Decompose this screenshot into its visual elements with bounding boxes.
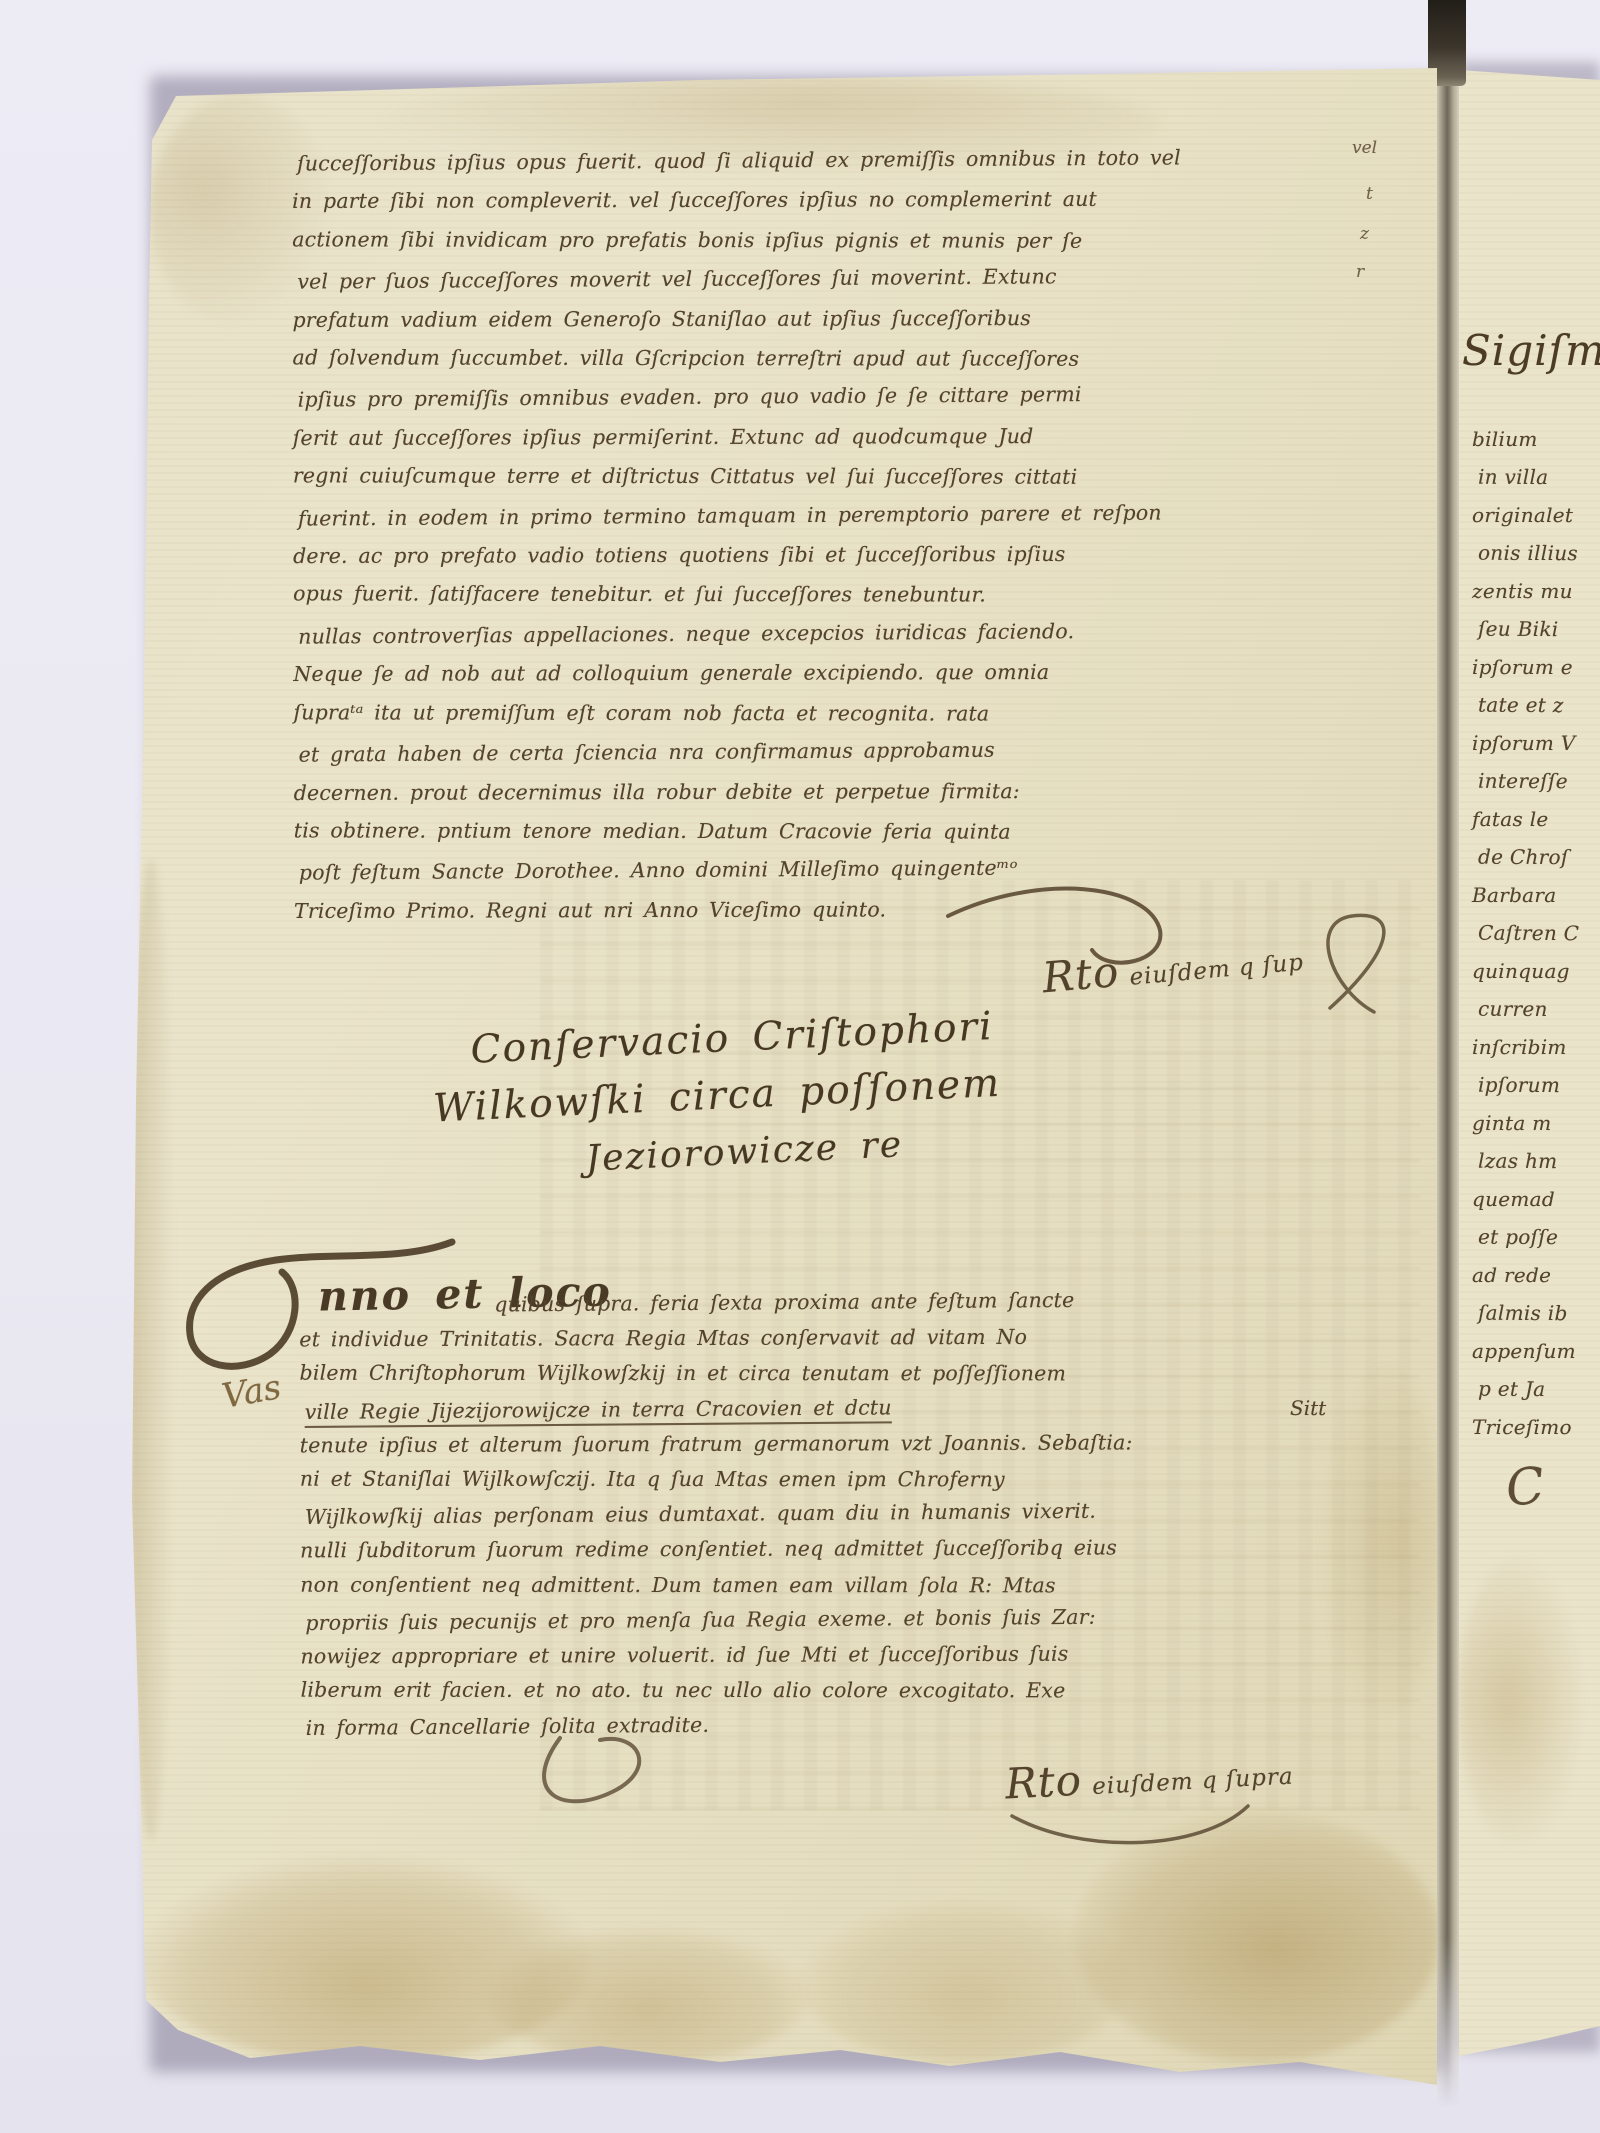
water-stain bbox=[1322, 1360, 1442, 1720]
manuscript-line: Neque ſe ad nob aut ad colloquium genera… bbox=[293, 653, 1038, 694]
entry-heading: Conſervacio CriſtophoriWilkowſki circa p… bbox=[451, 994, 1098, 1194]
manuscript-line: decernen. prout decernimus illa robur de… bbox=[294, 772, 1039, 813]
edge-text-fragment: t bbox=[1366, 184, 1373, 204]
facing-text-fragment: onis illius bbox=[1478, 534, 1598, 573]
manuscript-line: regni cuiuſcumque terre et diſtrictus Ci… bbox=[293, 457, 1038, 498]
manuscript-line: opus fuerit. ſatiſfacere tenebitur. et ſ… bbox=[293, 575, 1038, 616]
facing-text-fragment: ſalmis ib bbox=[1478, 1294, 1598, 1333]
manuscript-line: in parte ſibi non compleverit. vel ſucce… bbox=[292, 180, 1037, 221]
manuscript-line: dere. ac pro prefato vadio totiens quoti… bbox=[293, 535, 1038, 576]
manuscript-line: ſucceſſoribus ipſius opus fuerit. quod ſ… bbox=[297, 139, 1037, 184]
manuscript-line: nowijez appropriare et unire voluerit. i… bbox=[300, 1637, 1060, 1675]
facing-text-fragment: de Chroſ bbox=[1478, 838, 1598, 877]
flourish-letter: C bbox=[1503, 1456, 1547, 1518]
manuscript-line: ſerit aut ſucceſſores ipſius permiſerint… bbox=[293, 417, 1038, 458]
manuscript-line: vel per ſuos ſucceſſores moverit vel ſuc… bbox=[297, 258, 1037, 303]
facing-text-fragment: ipſorum bbox=[1478, 1066, 1598, 1105]
facing-text-fragment: et poſſe bbox=[1478, 1218, 1598, 1257]
relatio-note-2: Rtoeiuſdem q ſupra bbox=[1004, 1744, 1295, 1808]
water-stain bbox=[140, 1858, 590, 2063]
manuscript-line: poſt feſtum Sancte Dorothee. Anno domini… bbox=[299, 849, 1039, 894]
facing-text-fragment: ipſorum e bbox=[1472, 648, 1598, 686]
facing-text-fragment: bilium bbox=[1472, 420, 1598, 458]
manuscript-line: in forma Cancellarie ſolita extradite. bbox=[306, 1705, 1061, 1746]
facing-text-fragment: fatas le bbox=[1472, 800, 1598, 838]
facing-text-fragment: zentis mu bbox=[1472, 572, 1598, 610]
water-stain bbox=[800, 1902, 1130, 2062]
manuscript-line: ad ſolvendum ſuccumbet. villa Gſcripcion… bbox=[293, 338, 1038, 379]
manuscript-line: bilem Chriſtophorum Wijlkowſzkij in et c… bbox=[299, 1356, 1059, 1392]
margin-word: Sitt bbox=[1290, 1396, 1326, 1420]
manuscript-line: propriis ſuis pecunijs et pro menſa ſua … bbox=[305, 1600, 1060, 1641]
manuscript-line: quibus ſupra. feria ſexta proxima ante f… bbox=[304, 1283, 1059, 1324]
facing-text-fragment: ſeu Biki bbox=[1478, 610, 1598, 649]
edge-text-fragment: vel bbox=[1352, 138, 1377, 158]
facing-text-fragment: tate et z bbox=[1478, 686, 1598, 725]
relatio-abbreviation: Rto bbox=[1004, 1756, 1083, 1809]
facing-page-fragments: biliumin villaoriginaletonis illiuszenti… bbox=[1472, 420, 1598, 1446]
manuscript-line: ipſius pro premiſſis omnibus evaden. pro… bbox=[298, 376, 1038, 421]
facing-text-fragment: inſcribim bbox=[1472, 1028, 1598, 1066]
body-paragraph-1: ſucceſſoribus ipſius opus fuerit. quod ſ… bbox=[292, 141, 1039, 931]
facing-text-fragment: p et Ja bbox=[1478, 1370, 1598, 1409]
main-page: ſucceſſoribus ipſius opus fuerit. quod ſ… bbox=[0, 0, 1600, 2133]
manuscript-line: Wijlkowſkij alias perſonam eius dumtaxat… bbox=[305, 1494, 1060, 1535]
edge-text-fragment: z bbox=[1360, 224, 1369, 244]
facing-text-fragment: lzas hm bbox=[1478, 1142, 1598, 1181]
facing-page-heading: Sigiſmu bbox=[1462, 326, 1600, 375]
facing-text-fragment: intereſſe bbox=[1478, 762, 1598, 801]
manuscript-line: nulli ſubditorum ſuorum redime conſentie… bbox=[300, 1531, 1060, 1569]
page-gutter bbox=[1437, 0, 1459, 2108]
body-paragraph-2: quibus ſupra. feria ſexta proxima ante f… bbox=[299, 1285, 1061, 1745]
manuscript-line: ville Regie Jijezijorowijcze in terra Cr… bbox=[305, 1389, 1060, 1430]
facing-text-fragment: Triceſimo bbox=[1472, 1408, 1598, 1446]
relatio-note-1: Rtoeiuſdem q ſup bbox=[1040, 931, 1305, 1003]
manuscript-line: ſupraᵗᵃ ita ut premiſſum eſt coram nob f… bbox=[293, 693, 1038, 734]
stain bbox=[1458, 1556, 1583, 1846]
facing-text-fragment: originalet bbox=[1472, 496, 1598, 534]
manuscript-line: et grata haben de certa ſciencia nra con… bbox=[298, 731, 1038, 776]
manuscript-line: prefatum vadium eidem Generoſo Staniſlao… bbox=[292, 299, 1037, 340]
manuscript-scan: Sigiſmu biliumin villaoriginaletonis ill… bbox=[0, 0, 1600, 2133]
edge-shading bbox=[128, 860, 174, 1840]
manuscript-line: liberum erit facien. et no ato. tu nec u… bbox=[301, 1673, 1061, 1709]
facing-text-fragment: curren bbox=[1478, 990, 1598, 1029]
manuscript-line: et individue Trinitatis. Sacra Regia Mta… bbox=[299, 1320, 1059, 1358]
water-stain bbox=[488, 1928, 808, 2063]
facing-text-fragment: quinquag bbox=[1472, 952, 1598, 990]
relatio-text: eiuſdem q ſup bbox=[1128, 950, 1304, 991]
facing-text-fragment: Caſtren C bbox=[1478, 914, 1598, 953]
manuscript-line: nullas controverſias appellaciones. nequ… bbox=[298, 612, 1038, 657]
facing-text-fragment: appenſum bbox=[1472, 1332, 1598, 1370]
facing-text-fragment: Barbara bbox=[1472, 876, 1598, 914]
margin-mark: Vas bbox=[219, 1367, 284, 1417]
manuscript-line: non conſentient neq admittent. Dum tamen… bbox=[300, 1567, 1060, 1603]
edge-text-fragment: r bbox=[1356, 262, 1364, 282]
manuscript-line: Triceſimo Primo. Regni aut nri Anno Vice… bbox=[294, 890, 1039, 931]
manuscript-line: tis obtinere. pntium tenore median. Datu… bbox=[294, 811, 1039, 852]
facing-text-fragment: quemad bbox=[1472, 1180, 1598, 1218]
facing-text-fragment: in villa bbox=[1478, 458, 1598, 497]
water-stain bbox=[1075, 1812, 1440, 2062]
manuscript-line: actionem ſibi invidicam pro prefatis bon… bbox=[292, 220, 1037, 261]
manuscript-line: tenute ipſius et alterum ſuorum fratrum … bbox=[300, 1425, 1060, 1463]
manuscript-line: ni et Staniſlai Wijlkowſczij. Ita q ſua … bbox=[300, 1462, 1060, 1498]
facing-text-fragment: ad rede bbox=[1472, 1256, 1598, 1294]
facing-text-fragment: ipſorum V bbox=[1472, 724, 1598, 762]
manuscript-line: fuerint. in eodem in primo termino tamqu… bbox=[298, 494, 1038, 539]
facing-text-fragment: ginta m bbox=[1472, 1104, 1598, 1142]
relatio-text: eiuſdem q ſupra bbox=[1092, 1763, 1295, 1800]
